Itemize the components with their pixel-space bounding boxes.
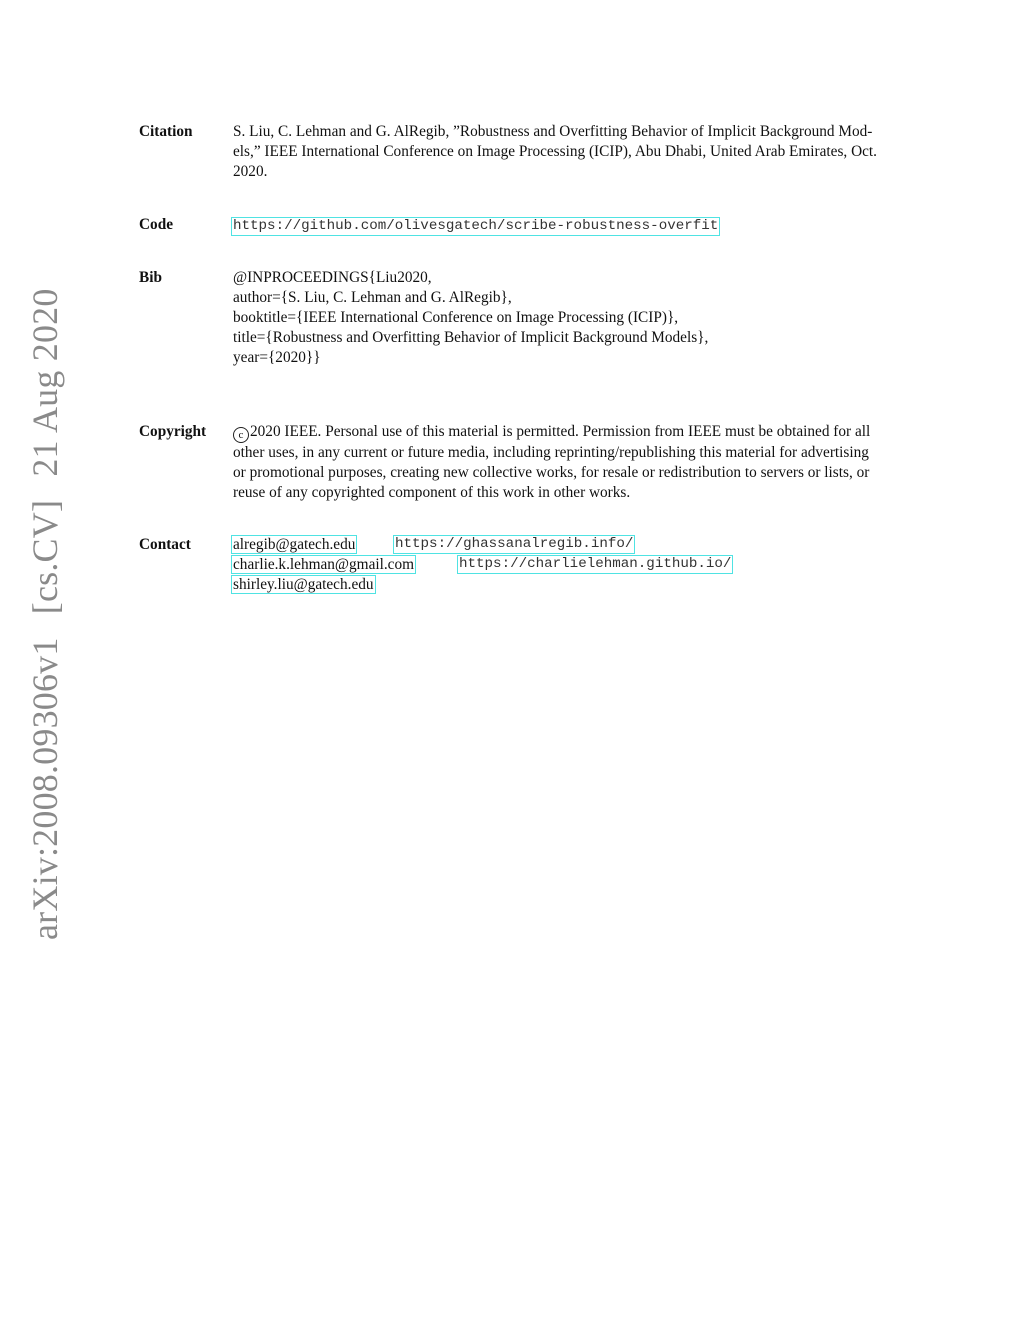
arxiv-category: [cs.CV] bbox=[25, 500, 65, 614]
arxiv-id: arXiv:2008.09306v1 bbox=[25, 637, 65, 940]
citation-line: 2020. bbox=[233, 162, 936, 182]
code-repo-link[interactable]: https://github.com/olivesgatech/scribe-r… bbox=[231, 217, 720, 236]
contact-entry: charlie.k.lehman@gmail.com https://charl… bbox=[233, 555, 936, 575]
contact-label: Contact bbox=[139, 535, 191, 555]
citation-label: Citation bbox=[139, 122, 193, 142]
bib-line: @INPROCEEDINGS{Liu2020, bbox=[233, 268, 936, 288]
arxiv-date: 21 Aug 2020 bbox=[25, 288, 65, 476]
copyright-label: Copyright bbox=[139, 422, 206, 442]
citation-line: els,” IEEE International Conference on I… bbox=[233, 142, 936, 162]
copyright-icon: c bbox=[233, 427, 249, 443]
copyright-line: or promotional purposes, creating new co… bbox=[233, 463, 936, 483]
contact-entry: alregib@gatech.edu https://ghassanalregi… bbox=[233, 535, 936, 555]
bib-label: Bib bbox=[139, 268, 162, 288]
contact-entry: shirley.liu@gatech.edu bbox=[233, 575, 936, 595]
email-link-alregib[interactable]: alregib@gatech.edu bbox=[231, 535, 357, 554]
email-link-lehman[interactable]: charlie.k.lehman@gmail.com bbox=[231, 555, 416, 574]
copyright-line: 2020 IEEE. Personal use of this material… bbox=[250, 423, 870, 440]
bib-line: booktitle={IEEE International Conference… bbox=[233, 308, 936, 328]
website-link-lehman[interactable]: https://charlielehman.github.io/ bbox=[457, 555, 733, 574]
bib-line: author={S. Liu, C. Lehman and G. AlRegib… bbox=[233, 288, 936, 308]
bib-line: year={2020}} bbox=[233, 348, 936, 368]
bib-line: title={Robustness and Overfitting Behavi… bbox=[233, 328, 936, 348]
copyright-line: reuse of any copyrighted component of th… bbox=[233, 483, 936, 503]
citation-text: S. Liu, C. Lehman and G. AlRegib, ”Robus… bbox=[233, 122, 936, 182]
code-label: Code bbox=[139, 215, 173, 235]
website-link-alregib[interactable]: https://ghassanalregib.info/ bbox=[393, 535, 635, 554]
copyright-line: other uses, in any current or future med… bbox=[233, 443, 936, 463]
copyright-text: c2020 IEEE. Personal use of this materia… bbox=[233, 422, 936, 503]
contact-list: alregib@gatech.edu https://ghassanalregi… bbox=[233, 535, 936, 595]
email-link-liu[interactable]: shirley.liu@gatech.edu bbox=[231, 575, 376, 594]
arxiv-watermark: arXiv:2008.09306v1 [cs.CV] 21 Aug 2020 bbox=[27, 274, 63, 940]
bib-entry: @INPROCEEDINGS{Liu2020, author={S. Liu, … bbox=[233, 268, 936, 368]
citation-line: S. Liu, C. Lehman and G. AlRegib, ”Robus… bbox=[233, 122, 936, 142]
